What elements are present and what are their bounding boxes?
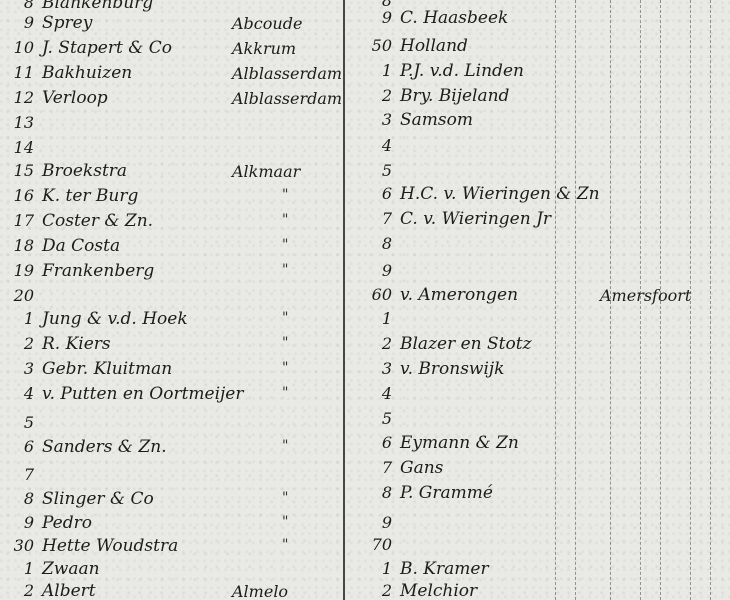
entry-number: 7 bbox=[0, 462, 34, 488]
entry-number: 7 bbox=[358, 455, 392, 481]
entry-place: Alkmaar bbox=[232, 162, 300, 181]
entry-number: 4 bbox=[0, 381, 34, 407]
entry-place: Amersfoort bbox=[600, 286, 691, 305]
entry-number: 18 bbox=[0, 233, 34, 259]
entry-name: Frankenberg bbox=[42, 258, 154, 284]
entry-name: Samsom bbox=[400, 107, 473, 133]
ledger-entry: 5 bbox=[358, 406, 400, 432]
ledger-entry: 15Broekstra bbox=[0, 158, 127, 184]
ditto-mark: " bbox=[282, 237, 288, 253]
ditto-mark: " bbox=[282, 438, 288, 454]
entry-number: 9 bbox=[358, 258, 392, 284]
entry-name: Da Costa bbox=[42, 233, 120, 259]
ledger-entry: 4 bbox=[358, 381, 400, 407]
entry-name: C. v. Wieringen Jr bbox=[400, 206, 551, 232]
ruling-line bbox=[555, 0, 556, 600]
ledger-entry: 6Sanders & Zn. bbox=[0, 434, 167, 460]
ledger-entry: 1 bbox=[358, 306, 400, 332]
entry-name: Sanders & Zn. bbox=[42, 434, 167, 460]
ledger-entry: 18Da Costa bbox=[0, 233, 120, 259]
entry-name: Gebr. Kluitman bbox=[42, 356, 172, 382]
entry-number: 4 bbox=[358, 381, 392, 407]
entry-place: Akkrum bbox=[232, 39, 296, 58]
ruling-line bbox=[575, 0, 576, 600]
entry-number: 2 bbox=[0, 331, 34, 357]
ledger-entry: 2Albert bbox=[0, 578, 96, 600]
ledger-entry: 13 bbox=[0, 110, 42, 136]
ledger-entry: 17Coster & Zn. bbox=[0, 208, 153, 234]
entry-name: Broekstra bbox=[42, 158, 127, 184]
ledger-entry: 1P.J. v.d. Linden bbox=[358, 58, 524, 84]
ledger-entry: 9 bbox=[358, 258, 400, 284]
entry-name: Slinger & Co bbox=[42, 486, 154, 512]
entry-number: 13 bbox=[0, 110, 34, 136]
ditto-mark: " bbox=[282, 187, 288, 203]
entry-name: R. Kiers bbox=[42, 331, 111, 357]
entry-name: Jung & v.d. Hoek bbox=[42, 306, 188, 332]
ledger-entry: 8P. Grammé bbox=[358, 480, 493, 506]
entry-number: 11 bbox=[0, 60, 34, 86]
ledger-entry: 8 bbox=[358, 231, 400, 257]
ledger-entry: 4 bbox=[358, 133, 400, 159]
ledger-entry: 4v. Putten en Oortmeijer bbox=[0, 381, 243, 407]
ledger-entry: 7Gans bbox=[358, 455, 443, 481]
entry-number: 9 bbox=[358, 5, 392, 31]
entry-number: 7 bbox=[358, 206, 392, 232]
entry-name: v. Amerongen bbox=[400, 282, 518, 308]
entry-name: P. Grammé bbox=[400, 480, 493, 506]
entry-number: 15 bbox=[0, 158, 34, 184]
entry-number: 70 bbox=[358, 532, 392, 558]
entry-name: Sprey bbox=[42, 10, 92, 36]
ledger-entry: 70 bbox=[358, 532, 400, 558]
ledger-entry: 7 bbox=[0, 462, 42, 488]
ledger-entry: 5 bbox=[0, 410, 42, 436]
entry-name: Bry. Bijeland bbox=[400, 83, 509, 109]
ditto-mark: " bbox=[282, 262, 288, 278]
entry-name: Holland bbox=[400, 33, 468, 59]
ditto-mark: " bbox=[282, 537, 288, 553]
ditto-mark: " bbox=[282, 385, 288, 401]
entry-name: Bakhuizen bbox=[42, 60, 132, 86]
entry-number: 4 bbox=[358, 133, 392, 159]
ledger-entry: 19Frankenberg bbox=[0, 258, 154, 284]
entry-name: P.J. v.d. Linden bbox=[400, 58, 524, 84]
entry-number: 1 bbox=[358, 306, 392, 332]
entry-number: 16 bbox=[0, 183, 34, 209]
entry-name: J. Stapert & Co bbox=[42, 35, 172, 61]
entry-name: Coster & Zn. bbox=[42, 208, 153, 234]
ledger-entry: 6H.C. v. Wieringen & Zn bbox=[358, 181, 600, 207]
ledger-entry: 8Slinger & Co bbox=[0, 486, 154, 512]
ruling-line bbox=[710, 0, 711, 600]
ledger-entry: 9C. Haasbeek bbox=[358, 5, 508, 31]
entry-place: Abcoude bbox=[232, 14, 302, 33]
entry-name: H.C. v. Wieringen & Zn bbox=[400, 181, 600, 207]
entry-number: 60 bbox=[358, 282, 392, 308]
ledger-entry: 2Melchior bbox=[358, 578, 477, 600]
ledger-entry: 10J. Stapert & Co bbox=[0, 35, 172, 61]
entry-name: Gans bbox=[400, 455, 443, 481]
entry-number: 6 bbox=[358, 430, 392, 456]
ledger-entry: 9Sprey bbox=[0, 10, 92, 36]
entry-name: Eymann & Zn bbox=[400, 430, 519, 456]
entry-number: 8 bbox=[0, 486, 34, 512]
entry-name: C. Haasbeek bbox=[400, 5, 508, 31]
entry-name: Blazer en Stotz bbox=[400, 331, 532, 357]
entry-number: 9 bbox=[0, 10, 34, 36]
ditto-mark: " bbox=[282, 335, 288, 351]
ledger-entry: 7C. v. Wieringen Jr bbox=[358, 206, 551, 232]
ditto-mark: " bbox=[282, 360, 288, 376]
ledger-entry: 2Bry. Bijeland bbox=[358, 83, 509, 109]
ledger-entry: 1Jung & v.d. Hoek bbox=[0, 306, 188, 332]
ledger-entry: 11Bakhuizen bbox=[0, 60, 132, 86]
ditto-mark: " bbox=[282, 310, 288, 326]
ditto-mark: " bbox=[282, 212, 288, 228]
entry-number: 2 bbox=[358, 578, 392, 600]
entry-place: Alblasserdam bbox=[232, 64, 342, 83]
entry-name: Melchior bbox=[400, 578, 477, 600]
entry-place: Almelo bbox=[232, 582, 288, 600]
ledger-entry: 3Samsom bbox=[358, 107, 473, 133]
ledger-entry: 12Verloop bbox=[0, 85, 108, 111]
entry-number: 50 bbox=[358, 33, 392, 59]
entry-number: 3 bbox=[0, 356, 34, 382]
ditto-mark: " bbox=[282, 490, 288, 506]
entry-number: 1 bbox=[0, 306, 34, 332]
entry-name: v. Putten en Oortmeijer bbox=[42, 381, 243, 407]
entry-name: Albert bbox=[42, 578, 96, 600]
ledger-entry: 6Eymann & Zn bbox=[358, 430, 519, 456]
entry-number: 2 bbox=[0, 578, 34, 600]
ledger-entry: 3Gebr. Kluitman bbox=[0, 356, 172, 382]
entry-number: 6 bbox=[358, 181, 392, 207]
entry-number: 10 bbox=[0, 35, 34, 61]
entry-number: 17 bbox=[0, 208, 34, 234]
ledger-page: 8Blankenburg9SpreyAbcoude10J. Stapert & … bbox=[0, 0, 730, 600]
entry-number: 19 bbox=[0, 258, 34, 284]
ledger-entry: 16K. ter Burg bbox=[0, 183, 138, 209]
ledger-entry: 3v. Bronswijk bbox=[358, 356, 504, 382]
ledger-entry: 50Holland bbox=[358, 33, 468, 59]
ledger-entry: 2Blazer en Stotz bbox=[358, 331, 532, 357]
ledger-entry: 2R. Kiers bbox=[0, 331, 111, 357]
entry-place: Alblasserdam bbox=[232, 89, 342, 108]
entry-number: 5 bbox=[0, 410, 34, 436]
entry-number: 8 bbox=[358, 480, 392, 506]
column-divider bbox=[343, 0, 345, 600]
entry-number: 8 bbox=[358, 231, 392, 257]
ledger-entry: 60v. Amerongen bbox=[358, 282, 518, 308]
ditto-mark: " bbox=[282, 514, 288, 530]
entry-number: 3 bbox=[358, 356, 392, 382]
entry-number: 5 bbox=[358, 406, 392, 432]
entry-name: v. Bronswijk bbox=[400, 356, 504, 382]
entry-number: 6 bbox=[0, 434, 34, 460]
entry-number: 3 bbox=[358, 107, 392, 133]
entry-name: Verloop bbox=[42, 85, 108, 111]
entry-name: K. ter Burg bbox=[42, 183, 138, 209]
entry-number: 1 bbox=[358, 58, 392, 84]
entry-number: 2 bbox=[358, 83, 392, 109]
entry-number: 12 bbox=[0, 85, 34, 111]
entry-number: 2 bbox=[358, 331, 392, 357]
